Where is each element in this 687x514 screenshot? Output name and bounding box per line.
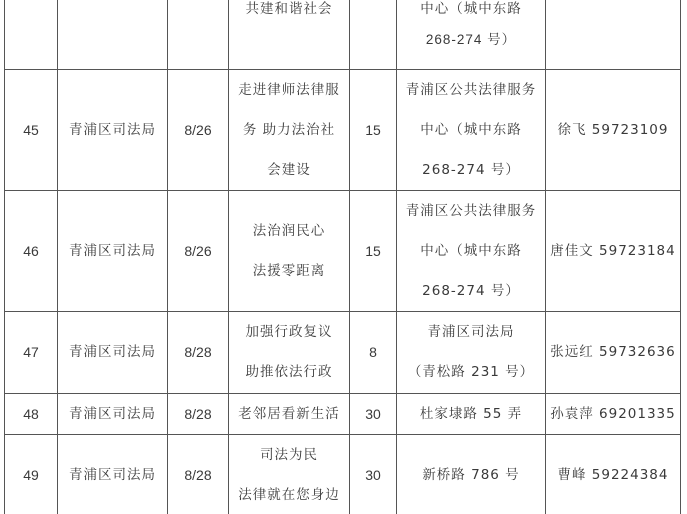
cell-contact: [546, 0, 681, 69]
cell-date: 8/26: [168, 190, 229, 311]
cell-theme: 加强行政复议 助推依法行政: [229, 311, 350, 393]
cell-org: [58, 0, 168, 69]
cell-date: 8/28: [168, 434, 229, 514]
cell-count: [350, 0, 397, 69]
cell-theme: 走进律师法律服 务 助力法治社 会建设: [229, 69, 350, 190]
cell-contact: 孙袁萍 69201335: [546, 393, 681, 434]
table-row: 46 青浦区司法局 8/26 法治润民心 法援零距离 15 青浦区公共法律服务 …: [5, 190, 681, 311]
cell-count: 15: [350, 69, 397, 190]
cell-no: [5, 0, 58, 69]
cell-count: 30: [350, 393, 397, 434]
cell-location: 新桥路 786 号: [397, 434, 546, 514]
cell-no: 45: [5, 69, 58, 190]
cell-contact: 张远红 59732636: [546, 311, 681, 393]
cell-date: 8/26: [168, 69, 229, 190]
cell-count: 15: [350, 190, 397, 311]
cell-location: 中心（城中东路 268-274 号）: [397, 0, 546, 69]
cell-location: 杜家埭路 55 弄: [397, 393, 546, 434]
cell-contact: 曹峰 59224384: [546, 434, 681, 514]
cell-contact: 徐飞 59723109: [546, 69, 681, 190]
activity-table: 共建和谐社会 中心（城中东路 268-274 号） 45 青浦区司法局 8/26…: [4, 0, 681, 514]
cell-date: 8/28: [168, 393, 229, 434]
cell-count: 8: [350, 311, 397, 393]
cell-org: 青浦区司法局: [58, 393, 168, 434]
cell-theme: 老邻居看新生活: [229, 393, 350, 434]
cell-count: 30: [350, 434, 397, 514]
table-row: 45 青浦区司法局 8/26 走进律师法律服 务 助力法治社 会建设 15 青浦…: [5, 69, 681, 190]
cell-no: 49: [5, 434, 58, 514]
cell-no: 48: [5, 393, 58, 434]
table-row: 47 青浦区司法局 8/28 加强行政复议 助推依法行政 8 青浦区司法局 （青…: [5, 311, 681, 393]
cell-date: 8/28: [168, 311, 229, 393]
cell-theme: 司法为民 法律就在您身边: [229, 434, 350, 514]
cell-no: 47: [5, 311, 58, 393]
cell-org: 青浦区司法局: [58, 311, 168, 393]
cell-org: 青浦区司法局: [58, 69, 168, 190]
table-row-partial: 共建和谐社会 中心（城中东路 268-274 号）: [5, 0, 681, 69]
table-row: 48 青浦区司法局 8/28 老邻居看新生活 30 杜家埭路 55 弄 孙袁萍 …: [5, 393, 681, 434]
cell-contact: 唐佳文 59723184: [546, 190, 681, 311]
cell-theme: 法治润民心 法援零距离: [229, 190, 350, 311]
cell-theme: 共建和谐社会: [229, 0, 350, 69]
cell-date: [168, 0, 229, 69]
cell-location: 青浦区公共法律服务 中心（城中东路 268-274 号）: [397, 190, 546, 311]
cell-org: 青浦区司法局: [58, 434, 168, 514]
cell-org: 青浦区司法局: [58, 190, 168, 311]
cell-location: 青浦区司法局 （青松路 231 号）: [397, 311, 546, 393]
cell-no: 46: [5, 190, 58, 311]
table-row: 49 青浦区司法局 8/28 司法为民 法律就在您身边 30 新桥路 786 号…: [5, 434, 681, 514]
cell-location: 青浦区公共法律服务 中心（城中东路 268-274 号）: [397, 69, 546, 190]
